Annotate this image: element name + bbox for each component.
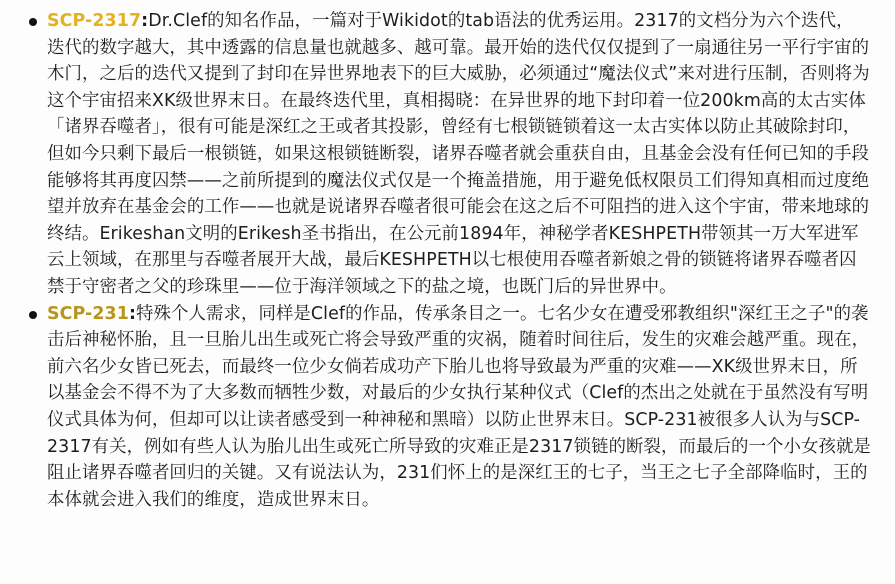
scp-2317-link[interactable]: SCP-2317 bbox=[47, 11, 141, 31]
list-item-scp-2317: SCP-2317:Dr.Clef的知名作品，一篇对于Wikidot的tab语法的… bbox=[0, 8, 895, 301]
bullet-icon bbox=[29, 311, 37, 319]
list-item-scp-231: SCP-231:特殊个人需求，同样是Clef的作品，传承条目之一。七名少女在遭受… bbox=[0, 301, 895, 514]
scp-231-link[interactable]: SCP-231 bbox=[47, 304, 129, 324]
entry-description: Dr.Clef的知名作品，一篇对于Wikidot的tab语法的优秀运用。2317… bbox=[47, 11, 870, 297]
label-separator: : bbox=[129, 304, 136, 324]
entry-description: 特殊个人需求，同样是Clef的作品，传承条目之一。七名少女在遭受邪教组织"深红王… bbox=[47, 304, 871, 510]
bullet-icon bbox=[29, 18, 37, 26]
scp-entry-list: SCP-2317:Dr.Clef的知名作品，一篇对于Wikidot的tab语法的… bbox=[0, 0, 895, 513]
